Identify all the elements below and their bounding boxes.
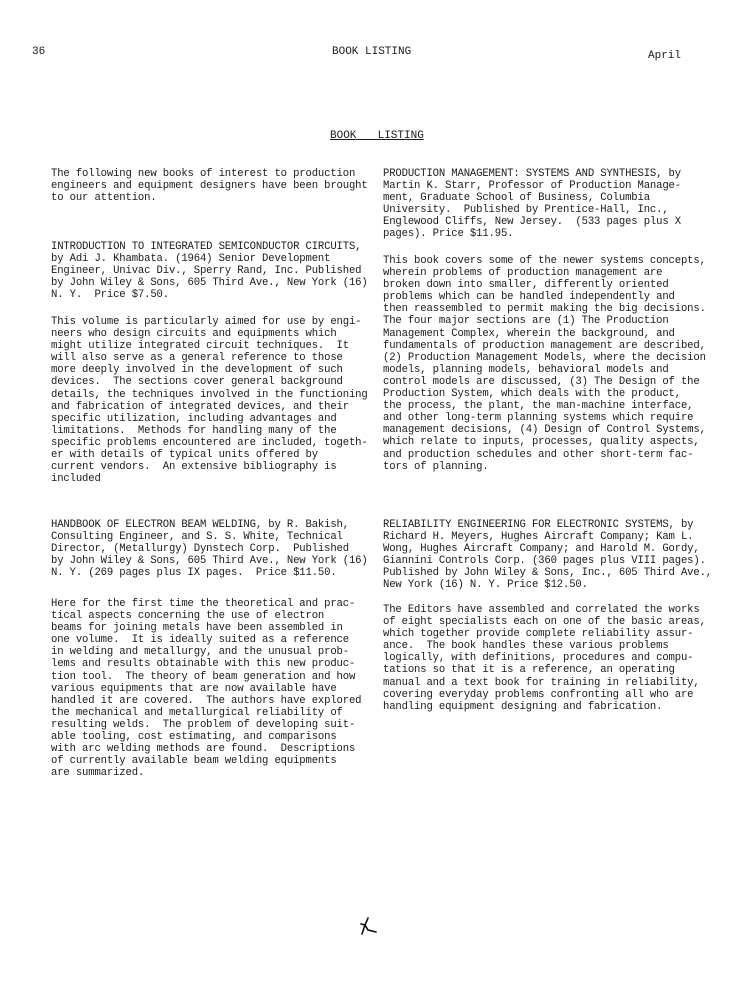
book-description-reliability-engineering: The Editors have assembled and correlate… <box>383 604 706 713</box>
book-description-electron-beam-welding: Here for the first time the theoretical … <box>51 598 361 779</box>
book-citation-reliability-engineering: RELIABILITY ENGINEERING FOR ELECTRONIC S… <box>383 519 712 592</box>
section-title: BOOK LISTING <box>330 130 424 142</box>
book-description-production-management: This book covers some of the newer syste… <box>383 255 706 473</box>
intro-paragraph: The following new books of interest to p… <box>51 168 368 204</box>
book-citation-integrated-circuits: INTRODUCTION TO INTEGRATED SEMICONDUCTOR… <box>51 241 368 301</box>
handwritten-mark-icon <box>358 917 382 939</box>
book-description-integrated-circuits: This volume is particularly aimed for us… <box>51 316 368 485</box>
book-citation-production-management: PRODUCTION MANAGEMENT: SYSTEMS AND SYNTH… <box>383 168 681 241</box>
page-number: 36 <box>32 46 45 58</box>
issue-month: April <box>648 50 681 62</box>
book-citation-electron-beam-welding: HANDBOOK OF ELECTRON BEAM WELDING, by R.… <box>51 519 368 579</box>
running-title: BOOK LISTING <box>332 46 411 58</box>
